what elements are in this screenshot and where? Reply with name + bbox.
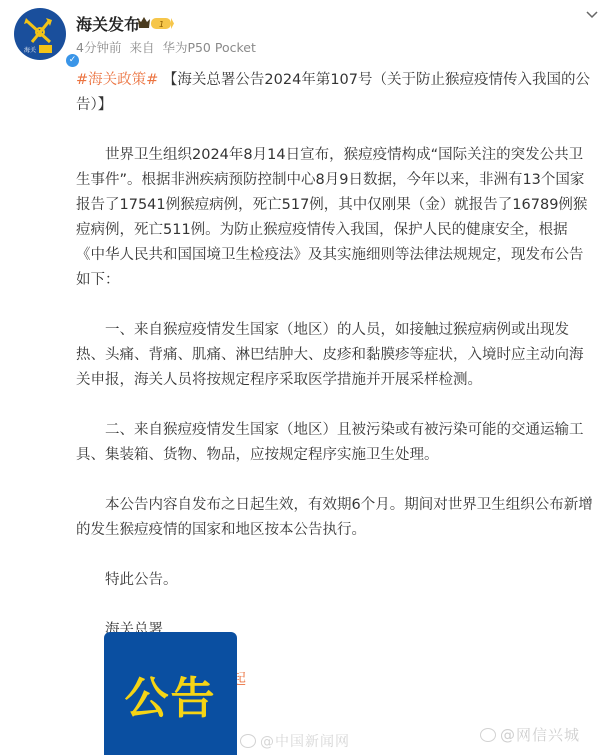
vip-crown-badge-icon: 1 [137, 15, 175, 31]
watermark-right: @网信兴城 [480, 724, 580, 745]
weibo-logo-icon [240, 734, 256, 748]
paragraph-intro: 世界卫生组织2024年8月14日宣布，猴痘疫情构成“国际关注的突发公共卫生事件”… [76, 143, 596, 293]
paragraph-item-2: 二、来自猴痘疫情发生国家（地区）且被污染或有被污染可能的交通运输工具、集装箱、货… [76, 418, 596, 468]
svg-text:1: 1 [159, 20, 164, 29]
author-name[interactable]: 海关发布 [76, 12, 140, 35]
closing-text: 特此公告。 [76, 568, 596, 593]
post-meta: 4分钟前 来自 华为P50 Pocket [76, 38, 260, 56]
topic-link[interactable]: #海关政策# [76, 72, 158, 88]
notice-image-text: 公告 [125, 662, 217, 726]
source-device[interactable]: 华为P50 Pocket [162, 40, 255, 55]
watermark-left: @中国新闻网 [240, 731, 350, 751]
svg-text:海关: 海关 [24, 46, 36, 54]
post-time: 4分钟前 [76, 40, 121, 55]
paragraph-item-1: 一、来自猴痘疫情发生国家（地区）的人员，如接触过猴痘病例或出现发热、头痛、背痛、… [76, 318, 596, 393]
customs-emblem-icon: 海关 [14, 8, 66, 60]
chevron-down-icon[interactable] [585, 10, 599, 20]
post-header: 海关 ✓ 海关发布 1 4分钟前 来自 华为P50 Pocket [0, 0, 610, 64]
source-prefix: 来自 [129, 40, 154, 55]
paw-logo-icon [480, 728, 496, 742]
paragraph-validity: 本公告内容自发布之日起生效，有效期6个月。期间对世界卫生组织公布新增的发生猴痘疫… [76, 493, 596, 543]
avatar[interactable]: 海关 ✓ [14, 8, 66, 60]
post-content: #海关政策# 【海关总署公告2024年第107号（关于防止猴痘疫情传入我国的公告… [76, 68, 596, 693]
post-title-line: #海关政策# 【海关总署公告2024年第107号（关于防止猴痘疫情传入我国的公告… [76, 68, 596, 118]
notice-image[interactable]: 公告 [104, 632, 237, 755]
